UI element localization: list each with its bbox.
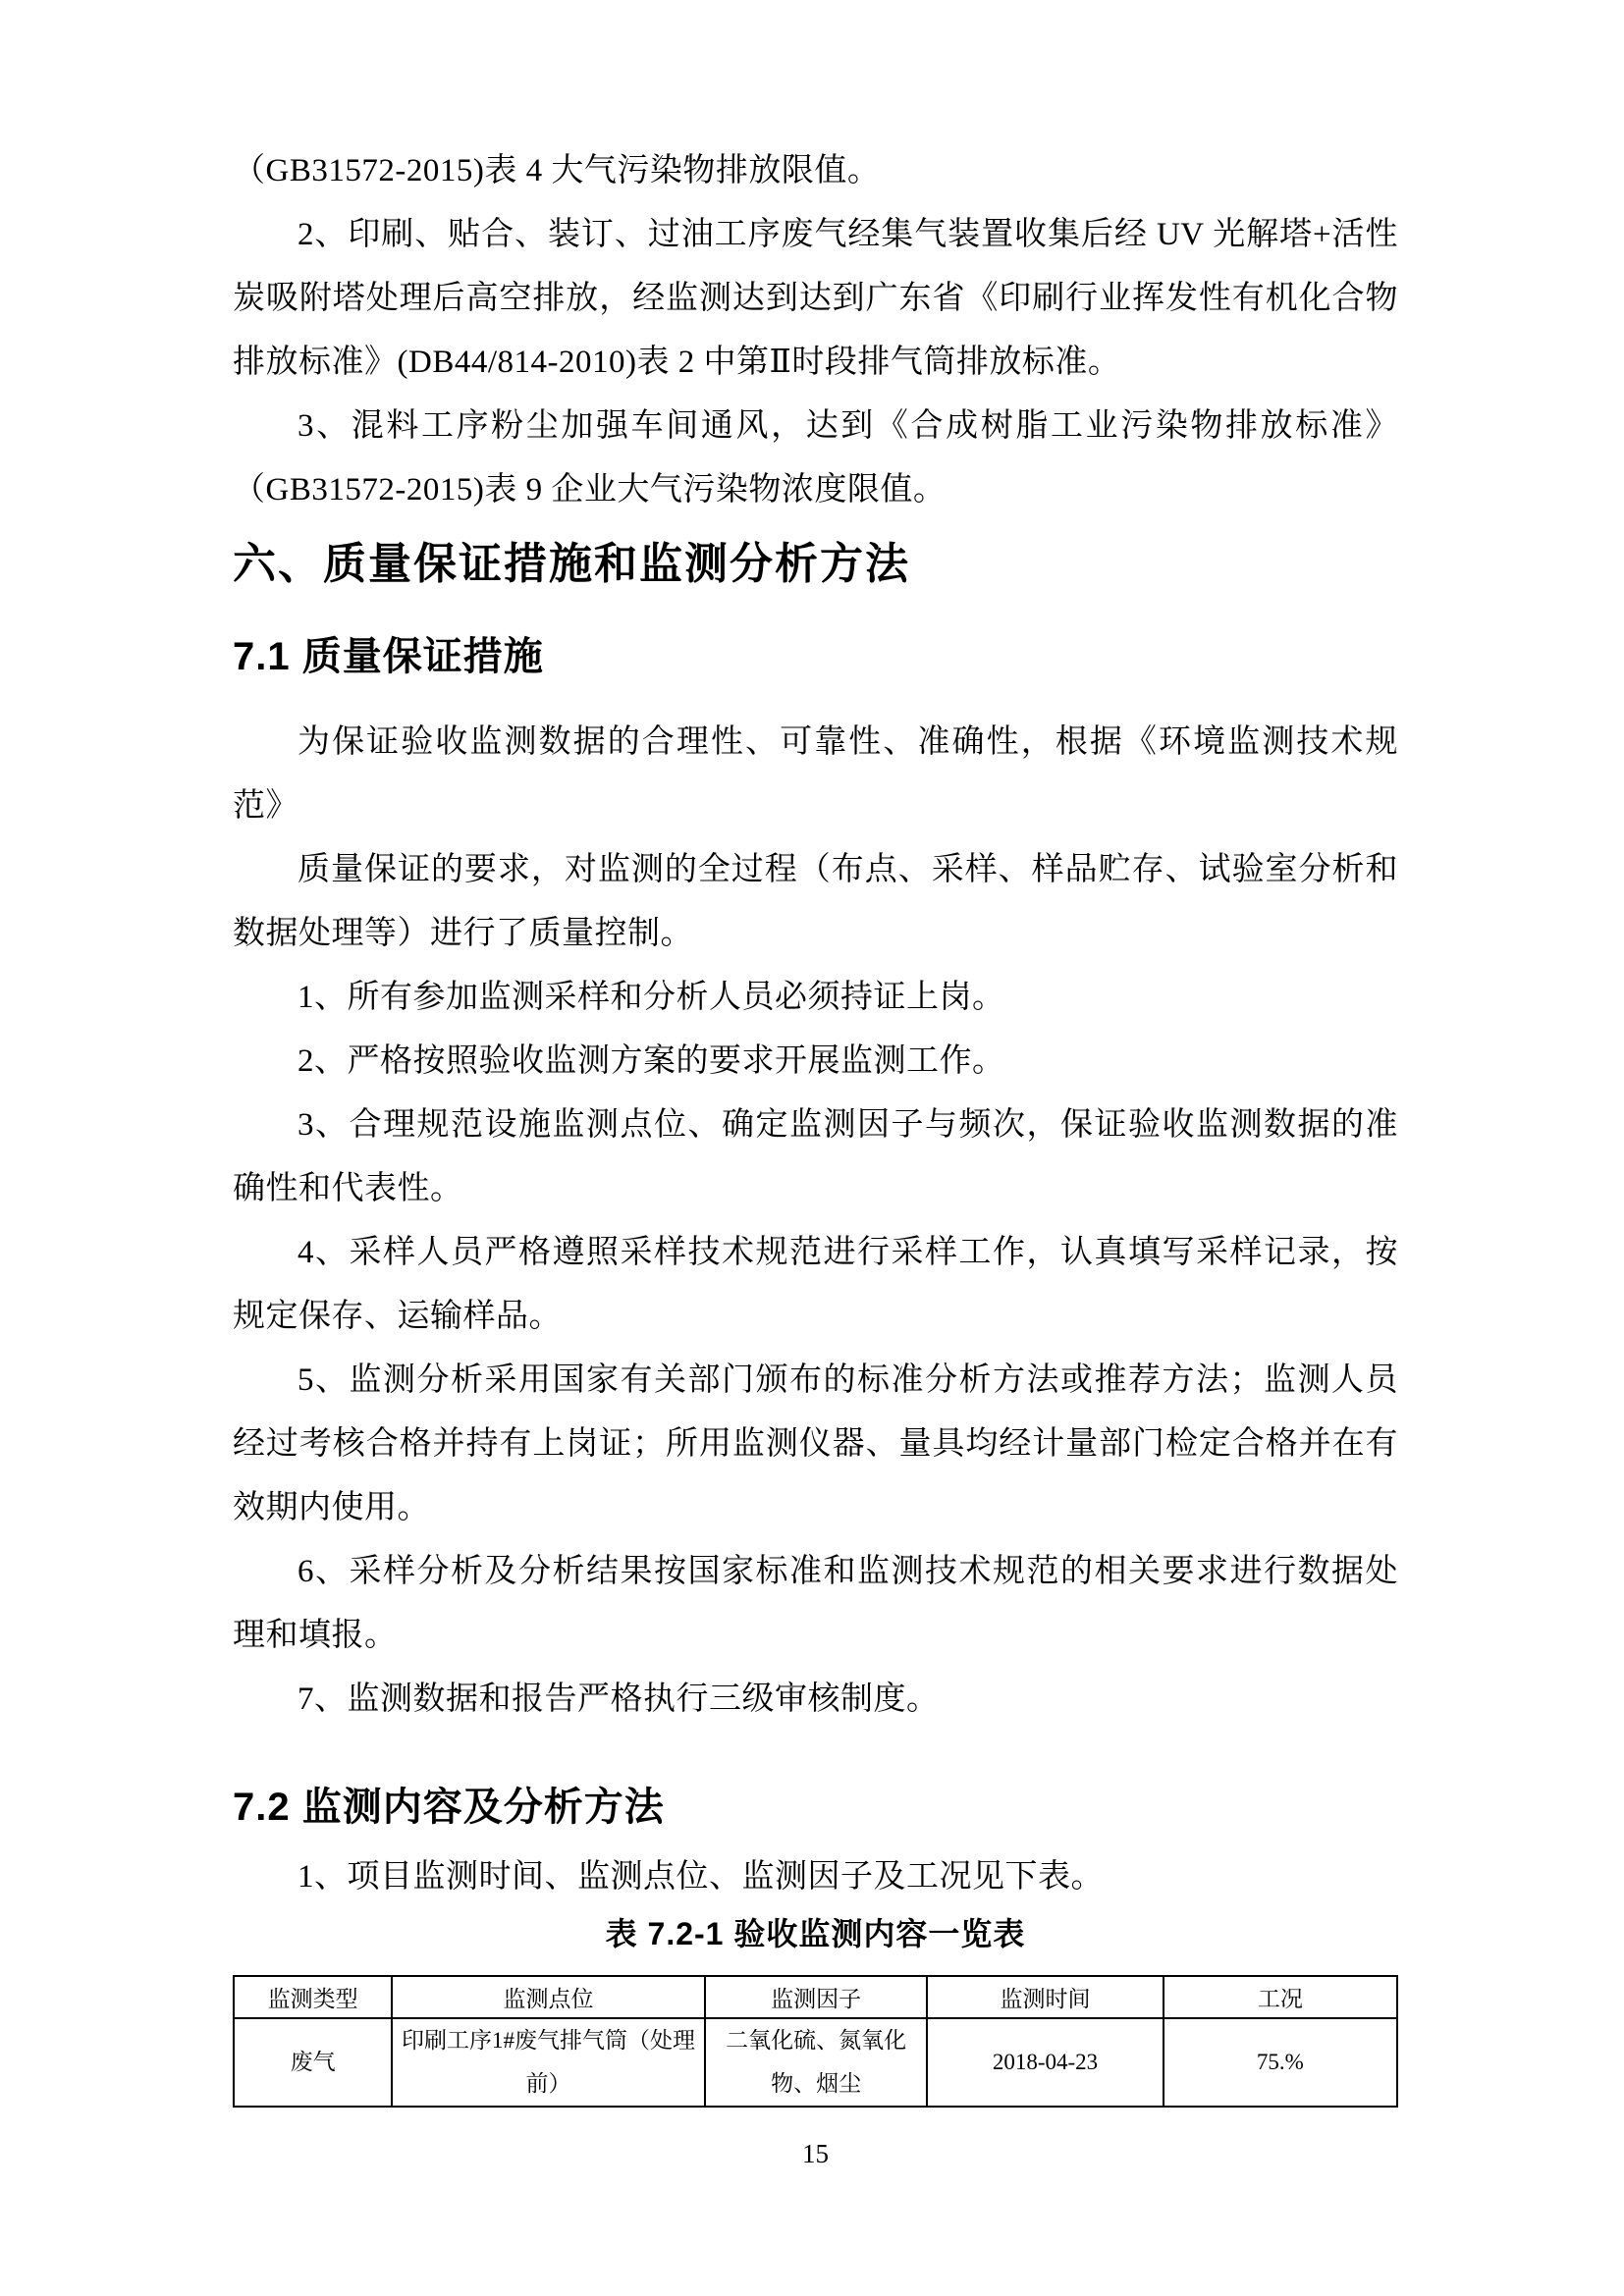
cell-monitor-point: 印刷工序1#废气排气筒（处理前） bbox=[392, 2018, 705, 2107]
document-page: （GB31572-2015)表 4 大气污染物排放限值。 2、印刷、贴合、装订、… bbox=[0, 0, 1624, 2296]
monitoring-content-table: 监测类型 监测点位 监测因子 监测时间 工况 废气 印刷工序1#废气排气筒（处理… bbox=[233, 1975, 1398, 2108]
cell-monitor-type: 废气 bbox=[234, 2018, 392, 2107]
table-header-row: 监测类型 监测点位 监测因子 监测时间 工况 bbox=[234, 1976, 1397, 2018]
section-6-heading: 六、质量保证措施和监测分析方法 bbox=[233, 534, 1398, 595]
paragraph: 3、合理规范设施监测点位、确定监测因子与频次，保证验收监测数据的准确性和代表性。 bbox=[233, 1094, 1398, 1221]
header-working-condition: 工况 bbox=[1164, 1976, 1397, 2018]
paragraph: 质量保证的要求，对监测的全过程（布点、采样、样品贮存、试验室分析和数据处理等）进… bbox=[233, 838, 1398, 966]
section-7-2-heading: 7.2 监测内容及分析方法 bbox=[233, 1779, 1398, 1836]
cell-monitor-factor: 二氧化硫、氮氧化物、烟尘 bbox=[705, 2018, 927, 2107]
table-row: 废气 印刷工序1#废气排气筒（处理前） 二氧化硫、氮氧化物、烟尘 2018-04… bbox=[234, 2018, 1397, 2107]
paragraph: 1、所有参加监测采样和分析人员必须持证上岗。 bbox=[233, 966, 1398, 1030]
cell-working-condition: 75.% bbox=[1164, 2018, 1397, 2107]
paragraph-7-2-intro: 1、项目监测时间、监测点位、监测因子及工况见下表。 bbox=[233, 1845, 1398, 1909]
paragraph-item3-mixing-dust: 3、混料工序粉尘加强车间通风，达到《合成树脂工业污染物排放标准》（GB31572… bbox=[233, 395, 1398, 522]
paragraph: 4、采样人员严格遵照采样技术规范进行采样工作，认真填写采样记录，按规定保存、运输… bbox=[233, 1221, 1398, 1349]
paragraph: 为保证验收监测数据的合理性、可靠性、准确性，根据《环境监测技术规范》 bbox=[233, 711, 1398, 838]
section-7-1-heading: 7.1 质量保证措施 bbox=[233, 628, 1398, 685]
paragraph: 7、监测数据和报告严格执行三级审核制度。 bbox=[233, 1668, 1398, 1732]
paragraph-item2-printing-exhaust: 2、印刷、贴合、装订、过油工序废气经集气装置收集后经 UV 光解塔+活性炭吸附塔… bbox=[233, 203, 1398, 395]
page-number: 15 bbox=[233, 2139, 1398, 2168]
paragraph: 6、采样分析及分析结果按国家标准和监测技术规范的相关要求进行数据处理和填报。 bbox=[233, 1540, 1398, 1668]
header-monitor-time: 监测时间 bbox=[927, 1976, 1164, 2018]
header-monitor-type: 监测类型 bbox=[234, 1976, 392, 2018]
header-monitor-factor: 监测因子 bbox=[705, 1976, 927, 2018]
paragraph-gb31572-table4: （GB31572-2015)表 4 大气污染物排放限值。 bbox=[233, 139, 1398, 203]
header-monitor-point: 监测点位 bbox=[392, 1976, 705, 2018]
paragraph: 5、监测分析采用国家有关部门颁布的标准分析方法或推荐方法；监测人员经过考核合格并… bbox=[233, 1349, 1398, 1540]
section-7-1-body: 为保证验收监测数据的合理性、可靠性、准确性，根据《环境监测技术规范》 质量保证的… bbox=[233, 711, 1398, 1732]
paragraph: 2、严格按照验收监测方案的要求开展监测工作。 bbox=[233, 1030, 1398, 1094]
table-caption: 表 7.2-1 验收监测内容一览表 bbox=[233, 1909, 1398, 1958]
cell-monitor-time: 2018-04-23 bbox=[927, 2018, 1164, 2107]
